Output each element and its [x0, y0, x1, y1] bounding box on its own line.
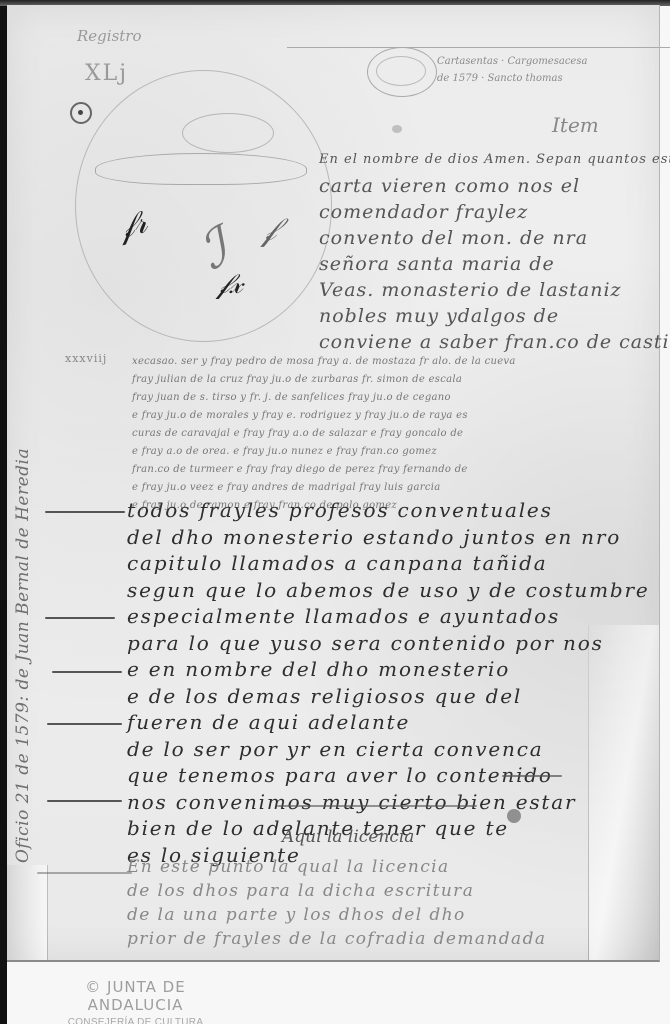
line-filler-stroke: [37, 872, 132, 874]
header-rule: [287, 47, 670, 48]
line-filler-stroke: [52, 671, 122, 673]
text-line: e de los demas religiosos que del: [127, 683, 649, 710]
signature-oval-flourish: [75, 70, 332, 342]
text-line: que tenemos para aver lo contenido: [127, 762, 649, 789]
text-line: En el nombre de dios Amen. Sepan quantos…: [319, 147, 670, 173]
line-filler-stroke: [45, 617, 115, 619]
notary-rubric-icon: [367, 47, 437, 97]
text-line: fueren de aqui adelante: [127, 709, 649, 736]
registro-label: Registro: [77, 27, 142, 45]
text-line: conviene a saber fran.co de castillo com…: [319, 329, 670, 355]
signature-mark-icon: 𝒻𝓍: [217, 267, 243, 301]
text-line: fran.co de turmeer e fray fray diego de …: [132, 461, 516, 479]
flourish-loop-icon: [182, 113, 274, 153]
item-label: Item: [552, 113, 599, 137]
text-line: carta vieren como nos el: [319, 173, 670, 199]
copyright-watermark: © JUNTA DE ANDALUCIA CONSEJERÍA DE CULTU…: [48, 978, 223, 1024]
text-line: señora santa maria de: [319, 251, 670, 277]
text-line: para lo que yuso sera contenido por nos: [127, 630, 649, 657]
notary-heading: Cartasentas · Cargomesacesa de 1579 · Sa…: [437, 53, 587, 87]
line-filler-stroke: [45, 511, 125, 513]
body-paragraph: todos frayles profesos conventuales del …: [127, 497, 649, 868]
text-line: todos frayles profesos conventuales: [127, 497, 649, 524]
page-fold-left: [7, 865, 48, 960]
text-line: segun que lo abemos de uso y de costumbr…: [127, 577, 649, 604]
text-line: e fray a.o de orea. e fray ju.o nunez e …: [132, 443, 516, 461]
signature-mark-icon: 𝒻: [262, 210, 276, 249]
text-line: nos convenimos muy cierto bien estar: [127, 789, 649, 816]
text-line: prior de frayles de la cofradia demandad…: [127, 927, 546, 951]
watermark-line-2: CONSEJERÍA DE CULTURA: [48, 1017, 223, 1024]
text-line: e en nombre del dho monesterio: [127, 656, 649, 683]
line-filler-stroke: [502, 775, 562, 777]
text-line: de la una parte y los dhos del dho: [127, 903, 546, 927]
text-line: Veas. monasterio de lastaniz: [319, 277, 670, 303]
manuscript-page: Registro XLj Cartasentas · Cargomesacesa…: [7, 5, 660, 962]
text-line: curas de caravajal e fray fray a.o de sa…: [132, 425, 516, 443]
text-line: fray julian de la cruz fray ju.o de zurb…: [132, 371, 516, 389]
line-filler-stroke: [277, 805, 477, 807]
text-line: nobles muy ydalgos de: [319, 303, 670, 329]
ink-blot: [392, 125, 402, 133]
text-line: especialmente llamados e ayuntados: [127, 603, 649, 630]
closing-paragraph: En este punto la qual la licencia de los…: [127, 855, 546, 951]
watermark-line-1: © JUNTA DE ANDALUCIA: [48, 978, 223, 1014]
text-line: convento del mon. de nra: [319, 225, 670, 251]
flourish-loop-icon: [95, 153, 307, 185]
friars-names-list: xecasao. ser y fray pedro de mosa fray a…: [132, 353, 516, 515]
margin-archival-note: Oficio 21 de 1579: de Juan Bernal de Her…: [13, 448, 33, 863]
text-line: de los dhos para la dicha escritura: [127, 879, 546, 903]
notary-heading-line: Cartasentas · Cargomesacesa: [437, 53, 587, 70]
notary-heading-line: de 1579 · Sancto thomas: [437, 70, 587, 87]
section-heading: Aqui la licencia: [282, 827, 414, 847]
scan-border-left: [0, 0, 7, 1024]
text-line: del dho monesterio estando juntos en nro: [127, 524, 649, 551]
ink-blot: [507, 809, 521, 823]
text-line: fray juan de s. tirso y fr. j. de sanfel…: [132, 389, 516, 407]
folio-number: XLj: [85, 61, 128, 86]
text-line: e fray ju.o veez e fray andres de madrig…: [132, 479, 516, 497]
margin-folio-number: xxxviij: [65, 352, 107, 365]
text-line: xecasao. ser y fray pedro de mosa fray a…: [132, 353, 516, 371]
text-line: capitulo llamados a canpana tañida: [127, 550, 649, 577]
circle-mark-icon: [70, 102, 92, 124]
text-line: de lo ser por yr en cierta convenca: [127, 736, 649, 763]
line-filler-stroke: [47, 800, 122, 802]
text-line: comendador fraylez: [319, 199, 670, 225]
text-line: e fray ju.o de morales y fray e. rodrigu…: [132, 407, 516, 425]
line-filler-stroke: [47, 723, 122, 725]
intro-paragraph: En el nombre de dios Amen. Sepan quantos…: [319, 147, 670, 355]
text-line: En este punto la qual la licencia: [127, 855, 546, 879]
